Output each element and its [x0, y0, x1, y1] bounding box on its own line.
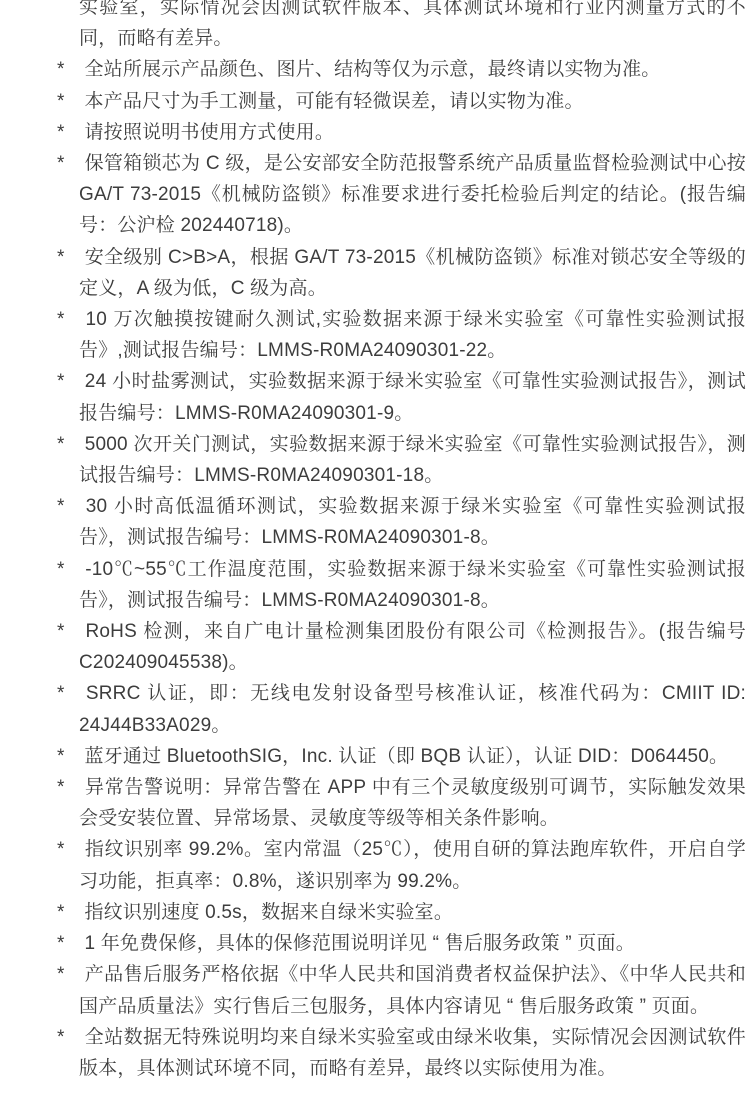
- note-continuation: 实验室，实际情况会因测试软件版本、具体测试环境和行业内测量方式的不同，而略有差异…: [57, 0, 746, 54]
- note-text: RoHS 检测，来自广电计量检测集团股份有限公司《检测报告》。(报告编号 C20…: [79, 621, 746, 673]
- note-item: * SRRC 认证，即：无线电发射设备型号核准认证，核准代码为：CMIIT ID…: [57, 678, 746, 740]
- bullet-marker: *: [57, 429, 79, 460]
- note-item: * 产品售后服务严格依据《中华人民共和国消费者权益保护法》、《中华人民共和国产品…: [57, 959, 746, 1021]
- bullet-marker: *: [57, 897, 79, 928]
- note-text: 实验室，实际情况会因测试软件版本、具体测试环境和行业内测量方式的不同，而略有差异…: [79, 0, 746, 49]
- note-item: * 30 小时高低温循环测试，实验数据来源于绿米实验室《可靠性实验测试报告》，测…: [57, 491, 746, 553]
- bullet-marker: *: [57, 834, 79, 865]
- note-text: 保管箱锁芯为 C 级，是公安部安全防范报警系统产品质量监督检验测试中心按 GA/…: [79, 153, 746, 236]
- bullet-marker: *: [57, 242, 79, 273]
- note-text: 1 年免费保修，具体的保修范围说明详见 “ 售后服务政策 ” 页面。: [84, 933, 634, 954]
- bullet-marker: *: [57, 928, 79, 959]
- note-item: * 请按照说明书使用方式使用。: [57, 117, 746, 148]
- note-item: * 指纹识别率 99.2%。室内常温（25℃），使用自研的算法跑库软件，开启自学…: [57, 834, 746, 896]
- bullet-marker: *: [57, 616, 79, 647]
- note-text: -10℃~55℃工作温度范围，实验数据来源于绿米实验室《可靠性实验测试报告》，测…: [79, 559, 746, 611]
- note-text: 10 万次触摸按键耐久测试,实验数据来源于绿米实验室《可靠性实验测试报告》,测试…: [79, 309, 746, 361]
- note-text: 30 小时高低温循环测试，实验数据来源于绿米实验室《可靠性实验测试报告》，测试报…: [79, 496, 746, 548]
- bullet-marker: *: [57, 117, 79, 148]
- bullet-marker: *: [57, 148, 79, 179]
- note-item: * 24 小时盐雾测试，实验数据来源于绿米实验室《可靠性实验测试报告》，测试报告…: [57, 366, 746, 428]
- note-item: * 蓝牙通过 BluetoothSIG，Inc. 认证（即 BQB 认证），认证…: [57, 741, 746, 772]
- note-item: * RoHS 检测，来自广电计量检测集团股份有限公司《检测报告》。(报告编号 C…: [57, 616, 746, 678]
- bullet-marker: *: [57, 772, 79, 803]
- note-text: 请按照说明书使用方式使用。: [84, 122, 334, 143]
- bullet-marker: *: [57, 678, 79, 709]
- note-item: * 保管箱锁芯为 C 级，是公安部安全防范报警系统产品质量监督检验测试中心按 G…: [57, 148, 746, 242]
- note-item: * 全站所展示产品颜色、图片、结构等仅为示意，最终请以实物为准。: [57, 54, 746, 85]
- note-text: 安全级别 C>B>A，根据 GA/T 73-2015《机械防盗锁》标准对锁芯安全…: [79, 247, 746, 299]
- notes-list: * 全站所展示产品颜色、图片、结构等仅为示意，最终请以实物为准。 * 本产品尺寸…: [57, 54, 746, 1084]
- note-text: 产品售后服务严格依据《中华人民共和国消费者权益保护法》、《中华人民共和国产品质量…: [79, 964, 746, 1016]
- note-item: * 1 年免费保修，具体的保修范围说明详见 “ 售后服务政策 ” 页面。: [57, 928, 746, 959]
- bullet-marker: *: [57, 304, 79, 335]
- bullet-marker: *: [57, 554, 79, 585]
- bullet-marker: *: [57, 366, 79, 397]
- note-item: * -10℃~55℃工作温度范围，实验数据来源于绿米实验室《可靠性实验测试报告》…: [57, 554, 746, 616]
- note-text: 异常告警说明：异常告警在 APP 中有三个灵敏度级别可调节，实际触发效果会受安装…: [79, 777, 746, 829]
- note-text: 蓝牙通过 BluetoothSIG，Inc. 认证（即 BQB 认证），认证 D…: [84, 746, 728, 767]
- bullet-marker: *: [57, 959, 79, 990]
- note-text: 本产品尺寸为手工测量，可能有轻微误差，请以实物为准。: [84, 91, 583, 112]
- note-text: 指纹识别率 99.2%。室内常温（25℃），使用自研的算法跑库软件，开启自学习功…: [79, 839, 746, 891]
- bullet-marker: *: [57, 86, 79, 117]
- note-item: * 全站数据无特殊说明均来自绿米实验室或由绿米收集，实际情况会因测试软件版本，具…: [57, 1022, 746, 1084]
- note-text: 指纹识别速度 0.5s，数据来自绿米实验室。: [84, 902, 453, 923]
- bullet-marker: *: [57, 1022, 79, 1053]
- bullet-marker: *: [57, 741, 79, 772]
- note-item: * 5000 次开关门测试，实验数据来源于绿米实验室《可靠性实验测试报告》，测试…: [57, 429, 746, 491]
- note-text: 全站数据无特殊说明均来自绿米实验室或由绿米收集，实际情况会因测试软件版本，具体测…: [79, 1027, 746, 1079]
- product-notes-section: 实验室，实际情况会因测试软件版本、具体测试环境和行业内测量方式的不同，而略有差异…: [0, 0, 750, 1084]
- note-text: 24 小时盐雾测试，实验数据来源于绿米实验室《可靠性实验测试报告》，测试报告编号…: [79, 371, 746, 423]
- note-item: * 本产品尺寸为手工测量，可能有轻微误差，请以实物为准。: [57, 86, 746, 117]
- note-text: 全站所展示产品颜色、图片、结构等仅为示意，最终请以实物为准。: [84, 59, 660, 80]
- note-text: SRRC 认证，即：无线电发射设备型号核准认证，核准代码为：CMIIT ID: …: [79, 683, 746, 735]
- bullet-marker: *: [57, 54, 79, 85]
- bullet-marker: *: [57, 491, 79, 522]
- note-item: * 10 万次触摸按键耐久测试,实验数据来源于绿米实验室《可靠性实验测试报告》,…: [57, 304, 746, 366]
- note-item: * 指纹识别速度 0.5s，数据来自绿米实验室。: [57, 897, 746, 928]
- note-text: 5000 次开关门测试，实验数据来源于绿米实验室《可靠性实验测试报告》，测试报告…: [79, 434, 746, 486]
- note-item: * 异常告警说明：异常告警在 APP 中有三个灵敏度级别可调节，实际触发效果会受…: [57, 772, 746, 834]
- note-item: * 安全级别 C>B>A，根据 GA/T 73-2015《机械防盗锁》标准对锁芯…: [57, 242, 746, 304]
